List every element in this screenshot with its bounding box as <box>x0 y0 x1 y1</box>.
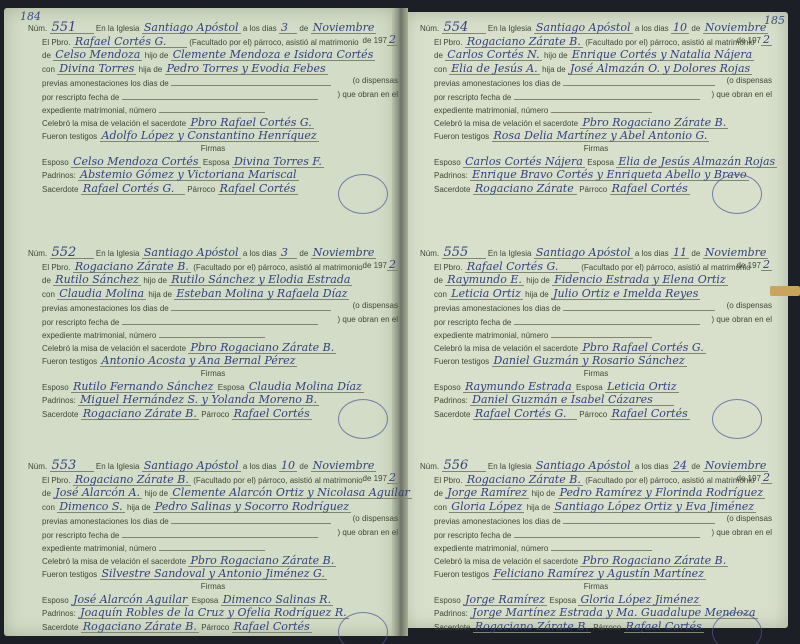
witnesses: Silvestre Sandoval y Antonio Jiménez G. <box>100 568 327 580</box>
bride-parents: Pedro Salinas y Socorro Rodríguez <box>153 501 351 513</box>
label-num: Núm. <box>28 462 47 471</box>
label-dias: a los dias <box>635 462 669 471</box>
bride-signature: Gloria López Jiménez <box>578 594 701 606</box>
officiant: Pbro Rogaciano Zárate B. <box>188 342 336 354</box>
groom-name: José Alarcón A. <box>53 487 142 499</box>
month: Noviembre <box>703 460 769 472</box>
label-iglesia: En la Iglesia <box>488 24 532 33</box>
groom-parents: Enrique Cortés y Natalia Nájera <box>570 49 754 61</box>
godparents: Daniel Guzmán e Isabel Cázares <box>470 394 674 406</box>
officiant: Pbro Rogaciano Zárate B. <box>580 555 728 567</box>
label-de: de <box>299 462 308 471</box>
label-num: Núm. <box>420 24 439 33</box>
groom-parents: Clemente Mendoza e Isidora Cortés <box>171 49 376 61</box>
bride-name: Gloria López <box>449 501 524 513</box>
bride-signature: Dimenco Salinas R. <box>221 594 333 606</box>
church-name: Santiago Apóstol <box>142 22 241 34</box>
label-testigos: Fueron testigos <box>42 132 97 141</box>
label-esposo: Esposo <box>42 158 69 167</box>
bride-parents: Santiago López Ortiz y Eva Jiménez <box>553 501 756 513</box>
godparents: Miguel Hernández S. y Yolanda Moreno B. <box>78 394 319 406</box>
parish-seal-stamp <box>338 612 388 644</box>
bride-name: Claudia Molina <box>57 288 146 300</box>
label-hija-de: hija de <box>148 290 172 299</box>
parish-priest-signature: Rafael Cortés <box>610 183 690 195</box>
witnesses: Adolfo López y Constantino Henríquez <box>100 130 319 142</box>
godparents: Jorge Martínez Estrada y Ma. Guadalupe M… <box>470 607 757 619</box>
label-testigos: Fueron testigos <box>42 570 97 579</box>
label-num: Núm. <box>28 249 47 258</box>
label-parroco: Párroco <box>593 623 621 632</box>
label-obran: ) que obran en el <box>338 528 399 537</box>
label-sacerdote: Sacerdote <box>42 410 78 419</box>
label-hija-de: hija de <box>127 503 151 512</box>
label-celebro: Celebró la misa de velación el sacerdote <box>42 119 186 128</box>
day: 24 <box>671 460 689 472</box>
record-number: 555 <box>442 247 486 259</box>
label-hija-de: hija de <box>139 65 163 74</box>
parish-priest-signature: Rafael Cortés <box>624 621 704 633</box>
label-iglesia: En la Iglesia <box>96 249 140 258</box>
label-de: de <box>299 24 308 33</box>
bride-name: Elia de Jesús A. <box>449 63 539 75</box>
day: 10 <box>671 22 689 34</box>
groom-name: Celso Mendoza <box>53 49 142 61</box>
label-de: de <box>691 462 700 471</box>
label-hija-de: hija de <box>525 290 549 299</box>
priest-name: Rogaciano Zárate B. <box>465 36 583 48</box>
church-name: Santiago Apóstol <box>534 22 633 34</box>
parish-seal-stamp <box>712 399 762 439</box>
month: Noviembre <box>311 22 377 34</box>
label-esposo: Esposo <box>434 596 461 605</box>
label-rescripto: por rescripto fecha de <box>434 318 511 327</box>
parish-seal-stamp <box>338 174 388 214</box>
label-pbro: El Pbro. <box>42 38 70 47</box>
label-hijo-de: hijo de <box>143 276 167 285</box>
label-previas: previas amonestaciones los dias de <box>42 517 169 526</box>
label-pbro: El Pbro. <box>434 476 462 485</box>
label-sacerdote: Sacerdote <box>42 185 78 194</box>
parish-priest-signature: Rafael Cortés <box>232 408 312 420</box>
label-testigos: Fueron testigos <box>434 570 489 579</box>
bride-parents: Esteban Molina y Rafaela Díaz <box>174 288 349 300</box>
groom-signature: Raymundo Estrada <box>463 381 574 393</box>
marriage-record: Núm. 555 En la Iglesia Santiago Apóstol … <box>420 247 772 421</box>
day: 3 <box>279 22 297 34</box>
label-rescripto: por rescripto fecha de <box>434 531 511 540</box>
label-celebro: Celebró la misa de velación el sacerdote <box>42 557 186 566</box>
label-de: de <box>434 489 443 498</box>
label-dias: a los dias <box>635 24 669 33</box>
label-facultado: (Facultado por el) párroco, asistió al m… <box>193 476 362 485</box>
priest-name: Rogaciano Zárate B. <box>73 474 191 486</box>
label-de: de <box>42 276 51 285</box>
label-testigos: Fueron testigos <box>42 357 97 366</box>
label-expediente: expediente matrimonial, número <box>434 544 548 553</box>
label-de: de <box>691 24 700 33</box>
groom-signature: José Alarcón Aguilar <box>71 594 189 606</box>
bride-signature: Divina Torres F. <box>232 156 324 168</box>
bookmark-tab[interactable] <box>770 286 800 296</box>
marriage-record: Núm. 554 En la Iglesia Santiago Apóstol … <box>420 22 772 196</box>
label-esposo: Esposo <box>42 596 69 605</box>
label-iglesia: En la Iglesia <box>96 24 140 33</box>
bride-parents: Julio Ortiz e Imelda Reyes <box>551 288 700 300</box>
bride-signature: Claudia Molina Díaz <box>247 381 364 393</box>
groom-parents: Fidencio Estrada y Elena Ortiz <box>552 274 728 286</box>
label-parroco: Párroco <box>201 410 229 419</box>
label-sacerdote: Sacerdote <box>434 410 470 419</box>
bride-parents: José Almazán O. y Dolores Rojas <box>568 63 752 75</box>
label-de: de <box>691 249 700 258</box>
parish-seal-stamp <box>712 174 762 214</box>
month: Noviembre <box>311 460 377 472</box>
label-rescripto: por rescripto fecha de <box>434 93 511 102</box>
label-pbro: El Pbro. <box>42 263 70 272</box>
label-dias: a los dias <box>243 249 277 258</box>
witnesses: Feliciano Ramírez y Agustín Martínez <box>492 568 706 580</box>
officiant: Pbro Rafael Cortés G. <box>188 117 313 129</box>
label-iglesia: En la Iglesia <box>96 462 140 471</box>
label-firmas: Firmas <box>420 369 772 381</box>
bride-signature: Leticia Ortiz <box>605 381 679 393</box>
witnesses: Antonio Acosta y Ana Bernal Pérez <box>100 355 298 367</box>
church-name: Santiago Apóstol <box>142 247 241 259</box>
label-rescripto: por rescripto fecha de <box>42 93 119 102</box>
month: Noviembre <box>703 22 769 34</box>
parish-priest-signature: Rafael Cortés <box>218 183 298 195</box>
label-previas: previas amonestaciones los dias de <box>434 517 561 526</box>
officiant: Pbro Rogaciano Zárate B. <box>188 555 336 567</box>
label-padrinos: Padrinos: <box>434 396 468 405</box>
groom-signature: Carlos Cortés Nájera <box>463 156 585 168</box>
priest-signature: Rafael Cortés G. <box>81 183 185 195</box>
groom-parents: Rutilo Sánchez y Elodia Estrada <box>169 274 352 286</box>
marriage-record: Núm. 551 En la Iglesia Santiago Apóstol … <box>28 22 398 196</box>
groom-parents: Clemente Alarcón Ortiz y Nicolasa Aguila… <box>170 487 411 499</box>
label-padrinos: Padrinos: <box>42 171 76 180</box>
bride-parents: Pedro Torres y Evodia Febes <box>165 63 328 75</box>
bride-name: Divina Torres <box>57 63 136 75</box>
parish-priest-signature: Rafael Cortés <box>232 621 312 633</box>
groom-name: Raymundo E. <box>445 274 524 286</box>
label-parroco: Párroco <box>201 623 229 632</box>
label-con: con <box>434 503 447 512</box>
label-expediente: expediente matrimonial, número <box>42 331 156 340</box>
officiant: Pbro Rafael Cortés G. <box>580 342 705 354</box>
label-con: con <box>434 290 447 299</box>
parish-seal-stamp <box>712 612 762 644</box>
priest-signature: Rogaciano Zárate B. <box>81 621 199 633</box>
godparents: Abstemio Gómez y Victoriana Mariscal <box>78 169 298 181</box>
label-de: de <box>434 51 443 60</box>
day: 10 <box>279 460 297 472</box>
witnesses: Daniel Guzmán y Rosario Sánchez <box>492 355 687 367</box>
label-hijo-de: hijo de <box>532 489 556 498</box>
label-dispensas: (o dispensas <box>353 514 398 523</box>
parish-priest-signature: Rafael Cortés <box>610 408 690 420</box>
label-de: de <box>42 489 51 498</box>
label-previas: previas amonestaciones los dias de <box>434 79 561 88</box>
label-con: con <box>42 65 55 74</box>
label-esposa: Esposa <box>203 158 230 167</box>
groom-signature: Celso Mendoza Cortés <box>71 156 200 168</box>
label-expediente: expediente matrimonial, número <box>42 544 156 553</box>
label-facultado: (Facultado por el) párroco, asistió al m… <box>189 38 358 47</box>
label-facultado: (Facultado por el) párroco, asistió al m… <box>581 263 750 272</box>
record-number: 552 <box>50 247 94 259</box>
parish-seal-stamp <box>338 399 388 439</box>
label-testigos: Fueron testigos <box>434 132 489 141</box>
label-padrinos: Padrinos: <box>42 396 76 405</box>
witnesses: Rosa Delia Martínez y Abel Antonio G. <box>492 130 710 142</box>
label-rescripto: por rescripto fecha de <box>42 531 119 540</box>
godparents: Enrique Bravo Cortés y Enriqueta Abello … <box>470 169 748 181</box>
label-dias: a los dias <box>243 24 277 33</box>
label-celebro: Celebró la misa de velación el sacerdote <box>42 344 186 353</box>
label-hijo-de: hijo de <box>544 51 568 60</box>
label-dispensas: (o dispensas <box>353 301 398 310</box>
priest-name: Rogaciano Zárate B. <box>73 261 191 273</box>
label-facultado: (Facultado por el) párroco, asistió al m… <box>585 476 754 485</box>
day: 3 <box>279 247 297 259</box>
label-celebro: Celebró la misa de velación el sacerdote <box>434 557 578 566</box>
label-esposa: Esposa <box>587 158 614 167</box>
label-expediente: expediente matrimonial, número <box>42 106 156 115</box>
label-testigos: Fueron testigos <box>434 357 489 366</box>
label-con: con <box>434 65 447 74</box>
label-firmas: Firmas <box>28 369 398 381</box>
label-obran: ) que obran en el <box>338 315 399 324</box>
label-esposo: Esposo <box>42 383 69 392</box>
label-dispensas: (o dispensas <box>353 76 398 85</box>
label-celebro: Celebró la misa de velación el sacerdote <box>434 344 578 353</box>
label-padrinos: Padrinos: <box>434 609 468 618</box>
label-hijo-de: hijo de <box>145 51 169 60</box>
groom-name: Carlos Cortés N. <box>445 49 541 61</box>
groom-parents: Pedro Ramírez y Florinda Rodríguez <box>558 487 766 499</box>
record-number: 553 <box>50 460 94 472</box>
label-parroco: Párroco <box>579 410 607 419</box>
label-hijo-de: hijo de <box>526 276 550 285</box>
label-de: de <box>434 276 443 285</box>
month: Noviembre <box>311 247 377 259</box>
label-sacerdote: Sacerdote <box>434 623 470 632</box>
label-firmas: Firmas <box>28 582 398 594</box>
label-de: de <box>299 249 308 258</box>
church-name: Santiago Apóstol <box>534 247 633 259</box>
label-esposa: Esposa <box>192 596 219 605</box>
marriage-record: Núm. 552 En la Iglesia Santiago Apóstol … <box>28 247 398 421</box>
label-pbro: El Pbro. <box>434 263 462 272</box>
record-number: 556 <box>442 460 486 472</box>
label-obran: ) que obran en el <box>712 315 773 324</box>
label-dias: a los dias <box>243 462 277 471</box>
bride-name: Dimenco S. <box>57 501 124 513</box>
label-firmas: Firmas <box>28 144 398 156</box>
label-de: de <box>42 51 51 60</box>
label-dispensas: (o dispensas <box>727 76 772 85</box>
label-esposa: Esposa <box>549 596 576 605</box>
label-sacerdote: Sacerdote <box>42 623 78 632</box>
label-num: Núm. <box>420 462 439 471</box>
priest-signature: Rogaciano Zárate B. <box>473 621 591 633</box>
priest-signature: Rogaciano Zárate <box>473 183 577 195</box>
label-hijo-de: hijo de <box>144 489 168 498</box>
month: Noviembre <box>703 247 769 259</box>
label-iglesia: En la Iglesia <box>488 462 532 471</box>
groom-name: Rutilo Sánchez <box>53 274 141 286</box>
label-firmas: Firmas <box>420 144 772 156</box>
record-number: 551 <box>50 22 94 34</box>
day: 11 <box>671 247 689 259</box>
label-num: Núm. <box>420 249 439 258</box>
groom-name: Jorge Ramírez <box>445 487 529 499</box>
label-obran: ) que obran en el <box>712 90 773 99</box>
priest-name: Rafael Cortés G. <box>465 261 579 273</box>
label-dispensas: (o dispensas <box>727 301 772 310</box>
bride-name: Leticia Ortiz <box>449 288 523 300</box>
label-parroco: Párroco <box>187 185 215 194</box>
church-name: Santiago Apóstol <box>142 460 241 472</box>
label-sacerdote: Sacerdote <box>434 185 470 194</box>
label-dias: a los dias <box>635 249 669 258</box>
label-padrinos: Padrinos: <box>434 171 468 180</box>
label-previas: previas amonestaciones los dias de <box>42 79 169 88</box>
label-padrinos: Padrinos: <box>42 609 76 618</box>
label-esposo: Esposo <box>434 383 461 392</box>
label-con: con <box>42 503 55 512</box>
priest-name: Rafael Cortés G. <box>73 36 187 48</box>
label-previas: previas amonestaciones los dias de <box>42 304 169 313</box>
label-celebro: Celebró la misa de velación el sacerdote <box>434 119 578 128</box>
label-previas: previas amonestaciones los dias de <box>434 304 561 313</box>
label-con: con <box>42 290 55 299</box>
label-esposa: Esposa <box>218 383 245 392</box>
label-facultado: (Facultado por el) párroco, asistió al m… <box>193 263 362 272</box>
marriage-record: Núm. 553 En la Iglesia Santiago Apóstol … <box>28 460 398 634</box>
officiant: Pbro Rogaciano Zárate B. <box>580 117 728 129</box>
label-esposa: Esposa <box>576 383 603 392</box>
church-name: Santiago Apóstol <box>534 460 633 472</box>
label-expediente: expediente matrimonial, número <box>434 331 548 340</box>
marriage-record: Núm. 556 En la Iglesia Santiago Apóstol … <box>420 460 772 634</box>
label-dispensas: (o dispensas <box>727 514 772 523</box>
label-num: Núm. <box>28 24 47 33</box>
label-firmas: Firmas <box>420 582 772 594</box>
godparents: Joaquín Robles de la Cruz y Ofelia Rodrí… <box>78 607 348 619</box>
record-number: 554 <box>442 22 486 34</box>
label-obran: ) que obran en el <box>338 90 399 99</box>
label-hija-de: hija de <box>527 503 551 512</box>
label-parroco: Párroco <box>579 185 607 194</box>
groom-signature: Rutilo Fernando Sánchez <box>71 381 215 393</box>
priest-signature: Rafael Cortés G. <box>473 408 577 420</box>
bride-signature: Elia de Jesús Almazán Rojas <box>616 156 777 168</box>
label-esposo: Esposo <box>434 158 461 167</box>
priest-name: Rogaciano Zárate B. <box>465 474 583 486</box>
label-facultado: (Facultado por el) párroco, asistió al m… <box>585 38 754 47</box>
label-pbro: El Pbro. <box>42 476 70 485</box>
label-iglesia: En la Iglesia <box>488 249 532 258</box>
label-expediente: expediente matrimonial, número <box>434 106 548 115</box>
groom-signature: Jorge Ramírez <box>463 594 547 606</box>
label-hija-de: hija de <box>542 65 566 74</box>
priest-signature: Rogaciano Zárate B. <box>81 408 199 420</box>
label-pbro: El Pbro. <box>434 38 462 47</box>
label-obran: ) que obran en el <box>712 528 773 537</box>
label-rescripto: por rescripto fecha de <box>42 318 119 327</box>
